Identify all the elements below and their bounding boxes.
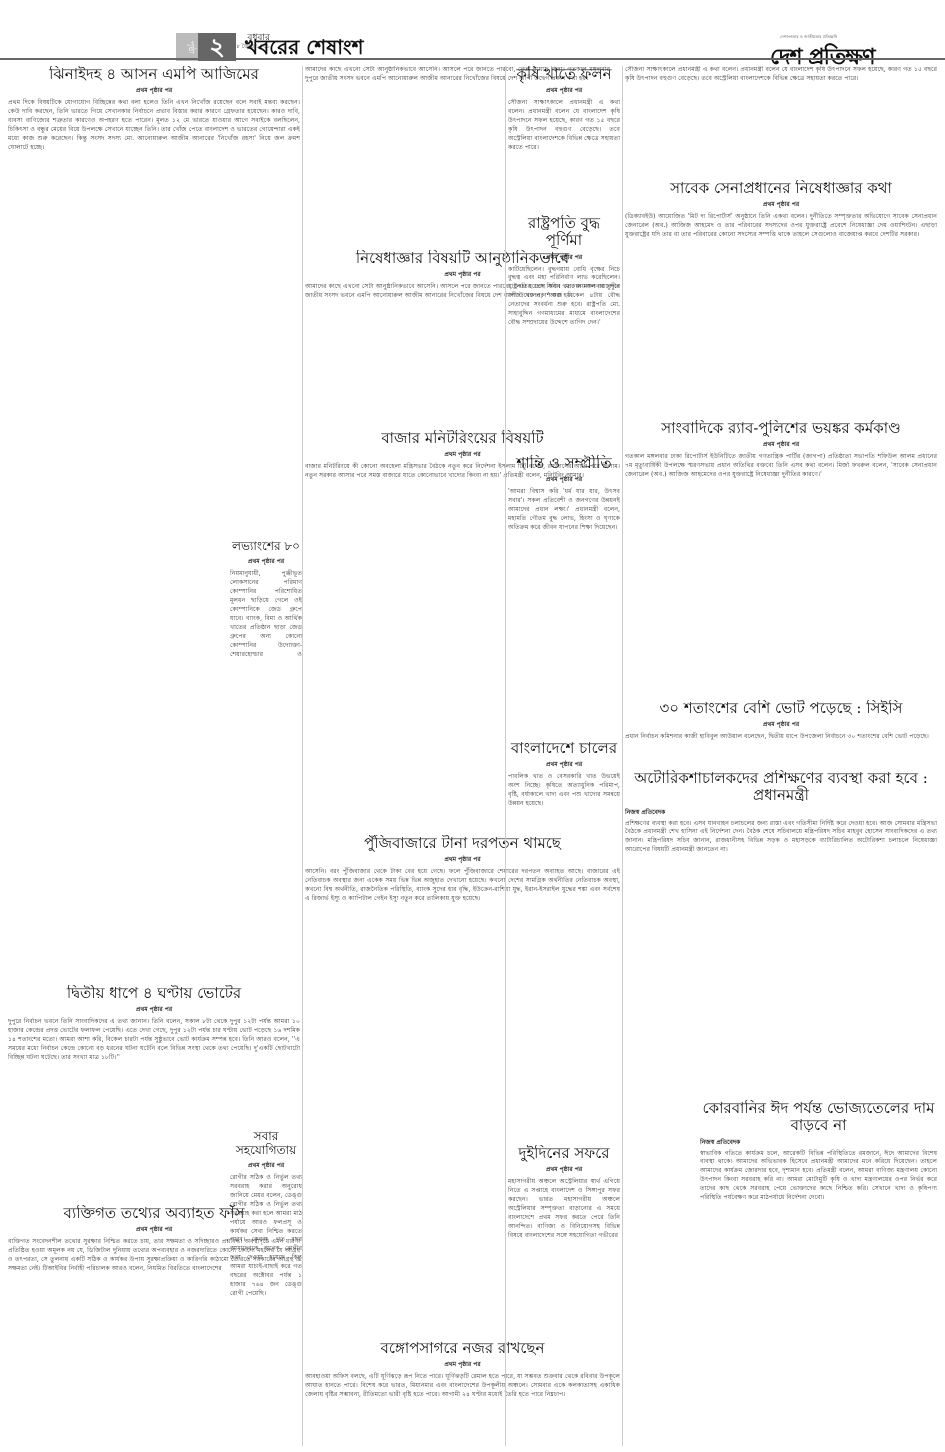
headline: সাবেক সেনাপ্রধানের নিষেধাজ্ঞার কথা: [625, 180, 937, 197]
continued-label: প্রথম পৃষ্ঠার পর: [8, 1004, 300, 1015]
article-body: প্রথম দিকে বিষয়টিকে যোগাযোগ বিচ্ছিন্নের…: [8, 99, 300, 153]
article-dividend: লভ্যাংশের ৮০ প্রথম পৃষ্ঠার পর নিয়মানুযা…: [230, 540, 302, 660]
continued-label: প্রথম পৃষ্ঠার পর: [8, 85, 300, 96]
article-autorickshaw: অটোরিকশাচালকদের প্রশিক্ষণের ব্যবস্থা করা…: [625, 770, 937, 1100]
masthead: বুধবার ২২ মে ২০২৪ ❑ ৮ জ্যৈষ্ঠ ১৪৩১ পৃষ্ঠ…: [0, 0, 945, 58]
masthead-divider: [0, 58, 945, 60]
continued-label: প্রথম পৃষ্ঠার পর: [508, 85, 620, 96]
article-cooperation: সবার সহযোগিতায় প্রথম পৃষ্ঠার পর রোগীর স…: [230, 1130, 302, 1350]
headline: লভ্যাংশের ৮০: [230, 540, 302, 554]
article-cec-turnout: ৩০ শতাংশের বেশি ভোট পড়েছে : সিইসি প্রথম…: [625, 700, 937, 760]
byline: নিজস্ব প্রতিবেদক: [625, 807, 937, 818]
headline: রাষ্ট্রপতি বুদ্ধ পূর্ণিমা: [508, 215, 620, 250]
article-former-army-chief: সাবেক সেনাপ্রধানের নিষেধাজ্ঞার কথা প্রথম…: [625, 180, 937, 340]
article-body: পাবলিক খাত ও বেসরকারি খাত উভয়েই অংশ নিচ…: [508, 773, 620, 809]
continued-label: প্রথম পৃষ্ঠার পর: [625, 199, 937, 210]
continued-label: প্রথম পৃষ্ঠার পর: [625, 439, 937, 450]
article-body: রোগীর সঠিক ও নির্ভুল তথ্য সরবরাহ করার অন…: [230, 1174, 302, 1300]
article-body: প্রধান নির্বাচন কমিশনার কাজী হাবিবুল আউয…: [625, 733, 937, 742]
article-rice: বাংলাদেশে চালের প্রথম পৃষ্ঠার পর পাবলিক …: [508, 740, 620, 970]
headline: দুইদিনের সফরে: [508, 1145, 620, 1162]
article-body: স্বাভাবিক গতিতে কার্যক্রম চলে, আরেকটি বি…: [700, 1150, 937, 1204]
headline: অটোরিকশাচালকদের প্রশিক্ষণের ব্যবস্থা করা…: [625, 770, 937, 805]
continued-label: প্রথম পৃষ্ঠার পর: [508, 759, 620, 770]
page-label: পৃষ্ঠা: [176, 33, 198, 61]
article-rab-police: সাংবাদিকে র‌্যাব-পুলিশের ভয়ঙ্কর কর্মকাণ…: [625, 420, 937, 670]
article-body: 'আমরা বিশ্বাস করি 'ধর্ম যার যার, উৎসব সব…: [508, 488, 620, 533]
headline: ঝিনাইদহ ৪ আসন এমপি আজিমের: [8, 66, 300, 83]
article-agriculture: কৃষি খাতে ফলন প্রথম পৃষ্ঠার পর সৌজন্য সা…: [508, 66, 620, 216]
byline: নিজস্ব প্রতিবেদক: [700, 1137, 937, 1148]
article-body: গতকাল মঙ্গলবার ঢাকা রিপোর্টার্স ইউনিটিতে…: [625, 453, 937, 480]
article-peace-harmony: শান্তি ও সম্প্রীতি প্রথম পৃষ্ঠার পর 'আমর…: [508, 455, 620, 655]
section-title: খবরের শেষাংশ: [245, 33, 364, 66]
date-label: ২২ মে ২০২৪ ❑ ৮ জ্যৈষ্ঠ ১৪৩১: [80, 44, 270, 52]
article-two-day-visit: দুইদিনের সফরে প্রথম পৃষ্ঠার পর মহাসাগরীয…: [508, 1145, 620, 1445]
column-divider: [622, 66, 623, 1446]
article-body: নিয়মানুযায়ী, পুঞ্জীভূত লোকসানের পরিমাণ…: [230, 570, 302, 660]
headline: বাংলাদেশে চালের: [508, 740, 620, 757]
headline: সাংবাদিকে র‌্যাব-পুলিশের ভয়ঙ্কর কর্মকাণ…: [625, 420, 937, 437]
continued-label: প্রথম পৃষ্ঠার পর: [230, 556, 302, 567]
continued-label: প্রথম পৃষ্ঠার পর: [625, 719, 937, 730]
article-edible-oil: কোরবানির ঈদ পর্যন্ত ভোজ্যতেলের দাম বাড়ব…: [700, 1100, 937, 1445]
column-divider: [302, 66, 303, 1446]
continued-label: প্রথম পৃষ্ঠার পর: [508, 474, 620, 485]
headline: শান্তি ও সম্প্রীতি: [508, 455, 620, 472]
headline: সবার সহযোগিতায়: [230, 1130, 302, 1158]
continued-label: প্রথম পৃষ্ঠার পর: [508, 252, 620, 263]
column-divider: [505, 66, 506, 1446]
article-body: কাটিয়েছিলেন। বুদ্ধগয়ায় বোধি বৃক্ষের ন…: [508, 266, 620, 329]
headline: বাজার মনিটরিংয়ের বিষয়টি: [305, 430, 620, 447]
headline: ৩০ শতাংশের বেশি ভোট পড়েছে : সিইসি: [625, 700, 937, 717]
article-body: সৌজন্য সাক্ষাৎকালে প্রধানমন্ত্রী এ কথা ব…: [625, 66, 937, 84]
article-body: সৌজন্য সাক্ষাৎকালে প্রধানমন্ত্রী এ কথা ব…: [508, 99, 620, 153]
article-body: মহাসাগরীয় অঞ্চলে অস্ট্রেলিয়ার স্বার্থ …: [508, 1178, 620, 1241]
page-number: ২: [198, 33, 236, 61]
article-body: দুপুরে নির্বাচন ভবনে তিনি সাংবাদিকদের এ …: [8, 1018, 300, 1063]
headline: দ্বিতীয় ধাপে ৪ ঘণ্টায় ভোটের: [8, 985, 300, 1002]
article-body: প্রশিক্ষণের ব্যবস্থা করা হবে। এসব যানবাহ…: [625, 820, 937, 856]
article-body: (ডিক্যাবইউ) আয়োজিত 'মিট দ্য রিপোর্টার্স…: [625, 213, 937, 240]
continued-label: প্রথম পৃষ্ঠার পর: [508, 1164, 620, 1175]
article-buddha-purnima: রাষ্ট্রপতি বুদ্ধ পূর্ণিমা প্রথম পৃষ্ঠার …: [508, 215, 620, 410]
continued-label: প্রথম পৃষ্ঠার পর: [230, 1160, 302, 1171]
headline: কোরবানির ঈদ পর্যন্ত ভোজ্যতেলের দাম বাড়ব…: [700, 1100, 937, 1135]
headline: কৃষি খাতে ফলন: [508, 66, 620, 83]
